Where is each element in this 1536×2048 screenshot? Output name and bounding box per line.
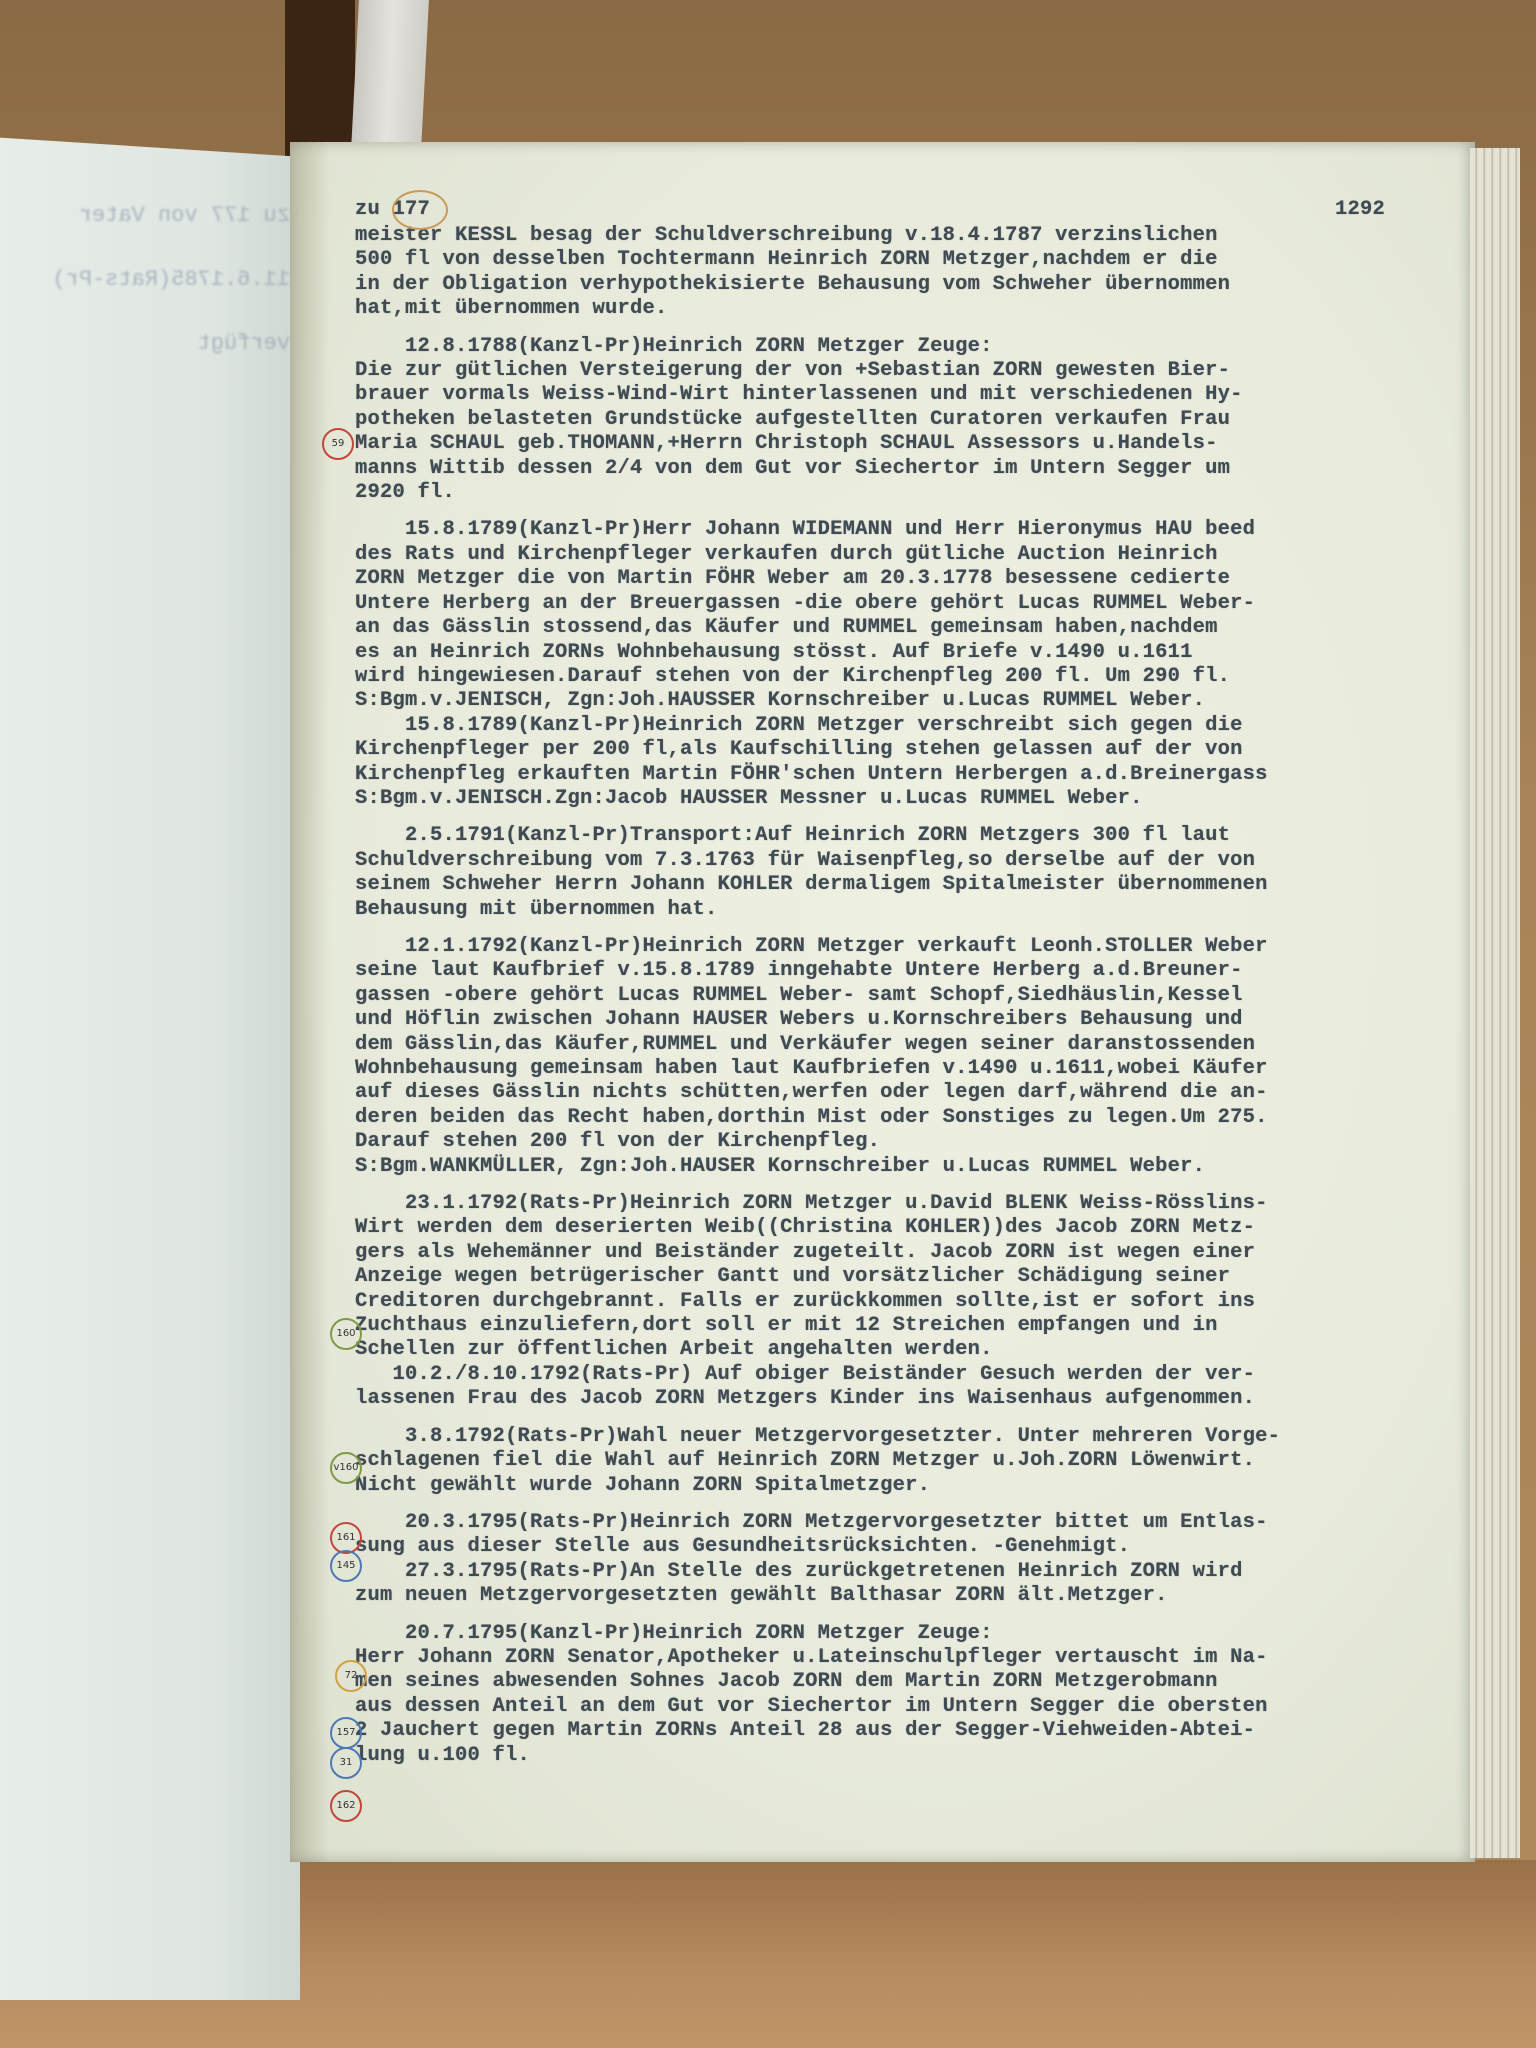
text-line: gers als Wehemänner und Beiständer zuget… bbox=[355, 1241, 1485, 1265]
text-line: auf dieses Gässlin nichts schütten,werfe… bbox=[355, 1081, 1485, 1105]
text-line: S:Bgm.WANKMÜLLER, Zgn:Joh.HAUSER Kornsch… bbox=[355, 1155, 1485, 1179]
text-line: Nicht gewählt wurde Johann ZORN Spitalme… bbox=[355, 1474, 1485, 1498]
margin-annotation-circle: 72 bbox=[335, 1660, 367, 1692]
margin-annotation-circle: 157 bbox=[330, 1717, 362, 1749]
text-line: sung aus dieser Stelle aus Gesundheitsrü… bbox=[355, 1535, 1485, 1559]
page-header: zu 177 1292 bbox=[355, 198, 1485, 224]
text-line: 10.2./8.10.1792(Rats-Pr) Auf obiger Beis… bbox=[355, 1363, 1485, 1387]
text-line: und Höflin zwischen Johann HAUSER Webers… bbox=[355, 1008, 1485, 1032]
text-line: 15.8.1789(Kanzl-Pr)Herr Johann WIDEMANN … bbox=[355, 518, 1485, 542]
binding-shadow bbox=[285, 0, 355, 160]
text-line: 500 fl von desselben Tochtermann Heinric… bbox=[355, 248, 1485, 272]
margin-annotation-circle: 31 bbox=[330, 1747, 362, 1779]
text-line: seine laut Kaufbrief v.15.8.1789 inngeha… bbox=[355, 959, 1485, 983]
reference-number: zu 177 bbox=[355, 198, 430, 224]
text-line: 12.8.1788(Kanzl-Pr)Heinrich ZORN Metzger… bbox=[355, 335, 1485, 359]
text-line: Kirchenpfleg erkauften Martin FÖHR'schen… bbox=[355, 763, 1485, 787]
entry-paragraph: 23.1.1792(Rats-Pr)Heinrich ZORN Metzger … bbox=[355, 1192, 1485, 1412]
text-line: lassenen Frau des Jacob ZORN Metzgers Ki… bbox=[355, 1387, 1485, 1411]
margin-annotation-circle: v160 bbox=[330, 1452, 362, 1484]
text-line: hat,mit übernommen wurde. bbox=[355, 297, 1485, 321]
text-line: Die zur gütlichen Versteigerung der von … bbox=[355, 359, 1485, 383]
margin-annotation-circle: 145 bbox=[330, 1550, 362, 1582]
text-line: meister KESSL besag der Schuldverschreib… bbox=[355, 224, 1485, 248]
text-line: an das Gässlin stossend,das Käufer und R… bbox=[355, 616, 1485, 640]
text-line: brauer vormals Weiss-Wind-Wirt hinterlas… bbox=[355, 383, 1485, 407]
text-line: Wohnbehausung gemeinsam haben laut Kaufb… bbox=[355, 1057, 1485, 1081]
text-line: S:Bgm.v.JENISCH.Zgn:Jacob HAUSSER Messne… bbox=[355, 787, 1485, 811]
text-line: wird hingewiesen.Darauf stehen von der K… bbox=[355, 665, 1485, 689]
left-page-bleedthrough-text: zu 177 von Vater 11.6.1785(Rats-Pr) verf… bbox=[10, 200, 290, 360]
text-line: Darauf stehen 200 fl von der Kirchenpfle… bbox=[355, 1130, 1485, 1154]
text-line: Wirt werden dem deserierten Weib((Christ… bbox=[355, 1216, 1485, 1240]
text-line: dem Gässlin,das Käufer,RUMMEL und Verkäu… bbox=[355, 1033, 1485, 1057]
text-line: Maria SCHAUL geb.THOMANN,+Herrn Christop… bbox=[355, 432, 1485, 456]
text-line: in der Obligation verhypothekisierte Beh… bbox=[355, 273, 1485, 297]
text-line: Untere Herberg an der Breuergassen -die … bbox=[355, 592, 1485, 616]
text-line: Schellen zur öffentlichen Arbeit angehal… bbox=[355, 1338, 1485, 1362]
text-line: 12.1.1792(Kanzl-Pr)Heinrich ZORN Metzger… bbox=[355, 935, 1485, 959]
text-line: Zuchthaus einzuliefern,dort soll er mit … bbox=[355, 1314, 1485, 1338]
margin-annotation-circle: 160 bbox=[330, 1318, 362, 1350]
text-line: des Rats und Kirchenpfleger verkaufen du… bbox=[355, 543, 1485, 567]
text-line: men seines abwesenden Sohnes Jacob ZORN … bbox=[355, 1670, 1485, 1694]
text-line: zum neuen Metzgervorgesetzten gewählt Ba… bbox=[355, 1584, 1485, 1608]
reference-circle bbox=[392, 190, 448, 230]
text-line: ZORN Metzger die von Martin FÖHR Weber a… bbox=[355, 567, 1485, 591]
document-body: zu 177 1292 meister KESSL besag der Schu… bbox=[355, 198, 1485, 1781]
entry-paragraph: 20.3.1795(Rats-Pr)Heinrich ZORN Metzgerv… bbox=[355, 1511, 1485, 1609]
text-line: Schuldverschreibung vom 7.3.1763 für Wai… bbox=[355, 849, 1485, 873]
text-line: manns Wittib dessen 2/4 von dem Gut vor … bbox=[355, 457, 1485, 481]
text-line: es an Heinrich ZORNs Wohnbehausung stöss… bbox=[355, 641, 1485, 665]
page-number: 1292 bbox=[1335, 198, 1385, 224]
margin-annotation-circle: 162 bbox=[330, 1790, 362, 1822]
left-page: zu 177 von Vater 11.6.1785(Rats-Pr) verf… bbox=[0, 80, 300, 2000]
text-line: 15.8.1789(Kanzl-Pr)Heinrich ZORN Metzger… bbox=[355, 714, 1485, 738]
text-line: schlagenen fiel die Wahl auf Heinrich ZO… bbox=[355, 1449, 1485, 1473]
text-line: 2 Jauchert gegen Martin ZORNs Anteil 28 … bbox=[355, 1719, 1485, 1743]
margin-annotation-circle: 59 bbox=[322, 428, 354, 460]
text-line: Behausung mit übernommen hat. bbox=[355, 898, 1485, 922]
text-line: Kirchenpfleger per 200 fl,als Kaufschill… bbox=[355, 738, 1485, 762]
entry-paragraph: 20.7.1795(Kanzl-Pr)Heinrich ZORN Metzger… bbox=[355, 1622, 1485, 1768]
text-line: Anzeige wegen betrügerischer Gantt und v… bbox=[355, 1265, 1485, 1289]
text-line: seinem Schweher Herrn Johann KOHLER derm… bbox=[355, 873, 1485, 897]
entries: meister KESSL besag der Schuldverschreib… bbox=[355, 224, 1485, 1768]
entry-paragraph: 12.1.1792(Kanzl-Pr)Heinrich ZORN Metzger… bbox=[355, 935, 1485, 1179]
entry-paragraph: 3.8.1792(Rats-Pr)Wahl neuer Metzgervorge… bbox=[355, 1425, 1485, 1498]
text-line: S:Bgm.v.JENISCH, Zgn:Joh.HAUSSER Kornsch… bbox=[355, 689, 1485, 713]
text-line: 20.3.1795(Rats-Pr)Heinrich ZORN Metzgerv… bbox=[355, 1511, 1485, 1535]
text-line: 27.3.1795(Rats-Pr)An Stelle des zurückge… bbox=[355, 1560, 1485, 1584]
text-line: 20.7.1795(Kanzl-Pr)Heinrich ZORN Metzger… bbox=[355, 1622, 1485, 1646]
text-line: deren beiden das Recht haben,dorthin Mis… bbox=[355, 1106, 1485, 1130]
text-line: aus dessen Anteil an dem Gut vor Siecher… bbox=[355, 1695, 1485, 1719]
text-line: 2.5.1791(Kanzl-Pr)Transport:Auf Heinrich… bbox=[355, 824, 1485, 848]
page-gutter bbox=[290, 142, 330, 1862]
text-line: gassen -obere gehört Lucas RUMMEL Weber-… bbox=[355, 984, 1485, 1008]
entry-paragraph: meister KESSL besag der Schuldverschreib… bbox=[355, 224, 1485, 322]
entry-paragraph: 12.8.1788(Kanzl-Pr)Heinrich ZORN Metzger… bbox=[355, 335, 1485, 506]
text-line: potheken belasteten Grundstücke aufgeste… bbox=[355, 408, 1485, 432]
text-line: 23.1.1792(Rats-Pr)Heinrich ZORN Metzger … bbox=[355, 1192, 1485, 1216]
text-line: Creditoren durchgebrannt. Falls er zurüc… bbox=[355, 1290, 1485, 1314]
entry-paragraph: 15.8.1789(Kanzl-Pr)Herr Johann WIDEMANN … bbox=[355, 518, 1485, 811]
text-line: lung u.100 fl. bbox=[355, 1744, 1485, 1768]
text-line: Herr Johann ZORN Senator,Apotheker u.Lat… bbox=[355, 1646, 1485, 1670]
text-line: 2920 fl. bbox=[355, 481, 1485, 505]
bookmark-ribbon bbox=[351, 0, 429, 150]
text-line: 3.8.1792(Rats-Pr)Wahl neuer Metzgervorge… bbox=[355, 1425, 1485, 1449]
entry-paragraph: 2.5.1791(Kanzl-Pr)Transport:Auf Heinrich… bbox=[355, 824, 1485, 922]
